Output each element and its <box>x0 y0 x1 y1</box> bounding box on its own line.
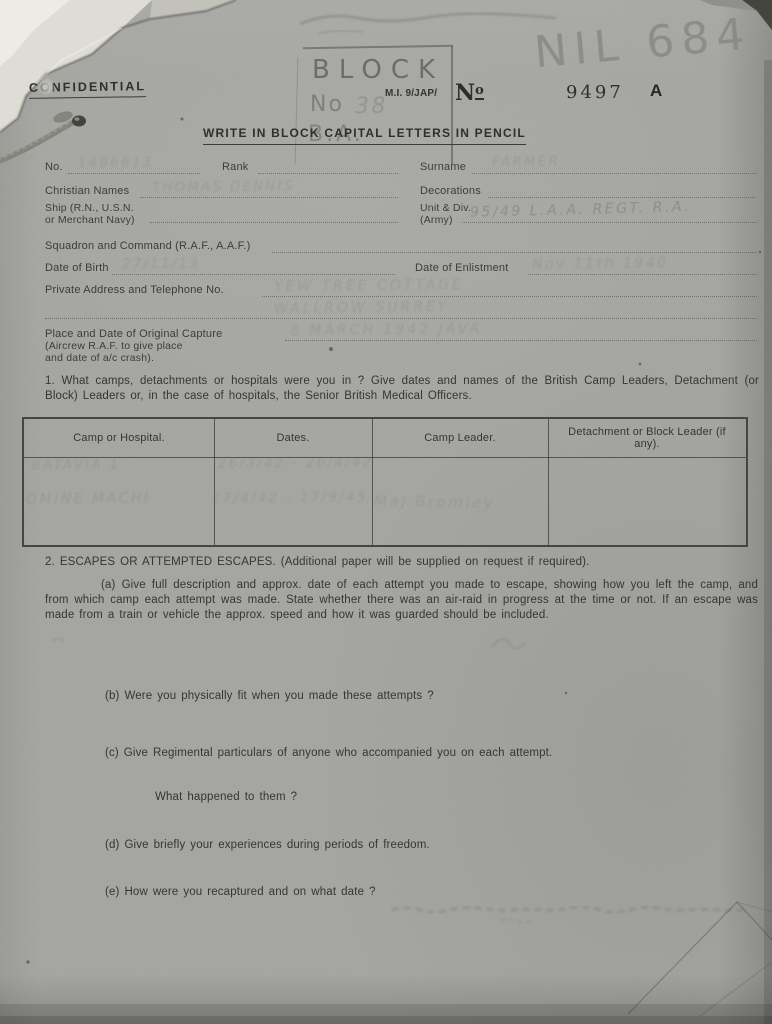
table-header-leader: Camp Leader. <box>372 419 548 457</box>
field-decorations-line <box>488 196 755 198</box>
field-enlistment-value: Nov 11th 1940 <box>532 255 669 272</box>
field-squadron-line <box>272 251 757 253</box>
instruction-banner: WRITE IN BLOCK CAPITAL LETTERS IN PENCIL <box>203 126 526 145</box>
field-capture-note: (Aircrew R.A.F. to give place and date o… <box>45 341 183 364</box>
tear-smudge-over-o <box>39 78 54 95</box>
field-address-label: Private Address and Telephone No. <box>45 284 224 296</box>
question-2b: (b) Were you physically fit when you mad… <box>105 690 434 702</box>
field-dob-line <box>112 273 395 275</box>
question-2e: (e) How were you recaptured and on what … <box>105 886 376 898</box>
right-edge-shadow <box>764 60 772 1024</box>
field-ship-label-line2: or Merchant Navy) <box>45 214 135 226</box>
case-number-label: No <box>455 80 484 106</box>
field-dob-value: 27/11/13 <box>122 257 201 273</box>
form-reference: M.I. 9/JAP/ <box>385 88 437 99</box>
section-2-heading: 2. ESCAPES OR ATTEMPTED ESCAPES. (Additi… <box>45 556 589 568</box>
field-capture-note-line2: and date of a/c crash). <box>45 352 154 364</box>
table-header-detachment: Detachment or Block Leader (if any). <box>548 419 746 457</box>
tear-edge-shadow <box>0 0 236 132</box>
case-number-label-main: N <box>455 80 475 106</box>
field-address-line2 <box>45 317 757 319</box>
field-capture-line <box>285 339 757 341</box>
camps-table: Camp or Hospital. Dates. Camp Leader. De… <box>22 417 748 547</box>
field-address-value1: YEW TREE COTTAGE <box>274 277 464 295</box>
field-ship-label: Ship (R.N., U.S.N. or Merchant Navy) <box>45 203 135 226</box>
field-no-line <box>68 172 200 174</box>
field-christian-names-line <box>140 196 398 198</box>
field-address-line1 <box>262 295 757 297</box>
crease-lines <box>628 902 772 1016</box>
field-unit-line <box>462 221 757 223</box>
block-stamp-line1: BLOCK <box>312 55 444 85</box>
question-2a: (a) Give full description and approx. da… <box>45 578 758 622</box>
field-enlistment-line <box>528 273 757 275</box>
bleed-through-text <box>392 907 748 923</box>
table-row2-leader: Maj Bromley <box>374 492 495 512</box>
field-capture-value: 8 MARCH 1942 JAVA <box>290 321 482 339</box>
binding-string <box>0 123 72 162</box>
field-ship-label-line1: Ship (R.N., U.S.N. <box>45 202 134 214</box>
table-row2-camp: OMINE MACHI <box>26 490 151 507</box>
question-2c-followup: What happened to them ? <box>155 791 297 803</box>
tear-white-underlayer <box>0 0 152 132</box>
punch-hole <box>72 116 86 127</box>
string-knot <box>52 109 74 125</box>
pencil-file-number: NIL 684 <box>532 9 753 79</box>
block-stamp-line2: No <box>310 92 344 117</box>
case-number-label-sup: o <box>475 83 484 100</box>
table-header-camp: Camp or Hospital. <box>24 419 214 457</box>
field-surname-label: Surname <box>420 161 466 173</box>
field-rank-line <box>258 172 398 174</box>
question-2c: (c) Give Regimental particulars of anyon… <box>105 747 552 759</box>
field-no-label: No. <box>45 161 63 173</box>
block-stamp-border-top <box>303 45 453 49</box>
field-no-value: 1496613 <box>78 156 154 172</box>
field-unit-value: 95/49 L.A.A. REGT. R.A. <box>470 199 692 221</box>
field-rank-label: Rank <box>222 161 248 173</box>
field-christian-names-value: THOMAS DENNIS <box>152 179 295 195</box>
field-christian-names-label: Christian Names <box>45 185 129 197</box>
field-surname-value: FARMER <box>492 155 560 171</box>
table-header-dates: Dates. <box>214 419 372 457</box>
bottom-edge-shadow <box>0 1004 772 1024</box>
field-decorations-label: Decorations <box>420 185 481 197</box>
field-surname-line <box>472 172 757 174</box>
field-address-value2: WALLROW SURREY <box>274 299 450 317</box>
pow-questionnaire-scan: CONFIDENTIAL BLOCK No 38 B.A. M.I. 9/JAP… <box>0 0 772 1024</box>
faint-pencil-scribble <box>300 14 556 35</box>
field-unit-label-line1: Unit & Div. <box>420 202 471 214</box>
table-row1-dates: 26/3/42 - 20/4/42 <box>218 455 374 472</box>
field-unit-label-line2: (Army) <box>420 214 453 226</box>
question-2d: (d) Give briefly your experiences during… <box>105 839 430 851</box>
block-stamp-number-handwritten: 38 <box>355 94 388 119</box>
field-squadron-label: Squadron and Command (R.A.F., A.A.F.) <box>45 240 251 252</box>
block-stamp-border-right <box>451 46 453 164</box>
series-letter: A <box>650 81 662 101</box>
field-ship-line <box>150 221 398 223</box>
field-dob-label: Date of Birth <box>45 262 109 274</box>
question-1-text: 1. What camps, detachments or hospitals … <box>45 374 759 404</box>
field-capture-note-line1: (Aircrew R.A.F. to give place <box>45 340 183 352</box>
case-number: 9497 <box>566 82 624 103</box>
block-stamp-border-left <box>295 58 299 164</box>
field-capture-label: Place and Date of Original Capture <box>45 328 222 340</box>
faint-pencil-mark <box>492 639 526 649</box>
table-header-separator <box>24 457 746 458</box>
table-row1-camp: BATAVIA 1 <box>32 458 121 474</box>
table-row2-dates: 27/4/42 - 17/9/45 <box>212 490 368 507</box>
field-enlistment-label: Date of Enlistment <box>415 262 508 274</box>
